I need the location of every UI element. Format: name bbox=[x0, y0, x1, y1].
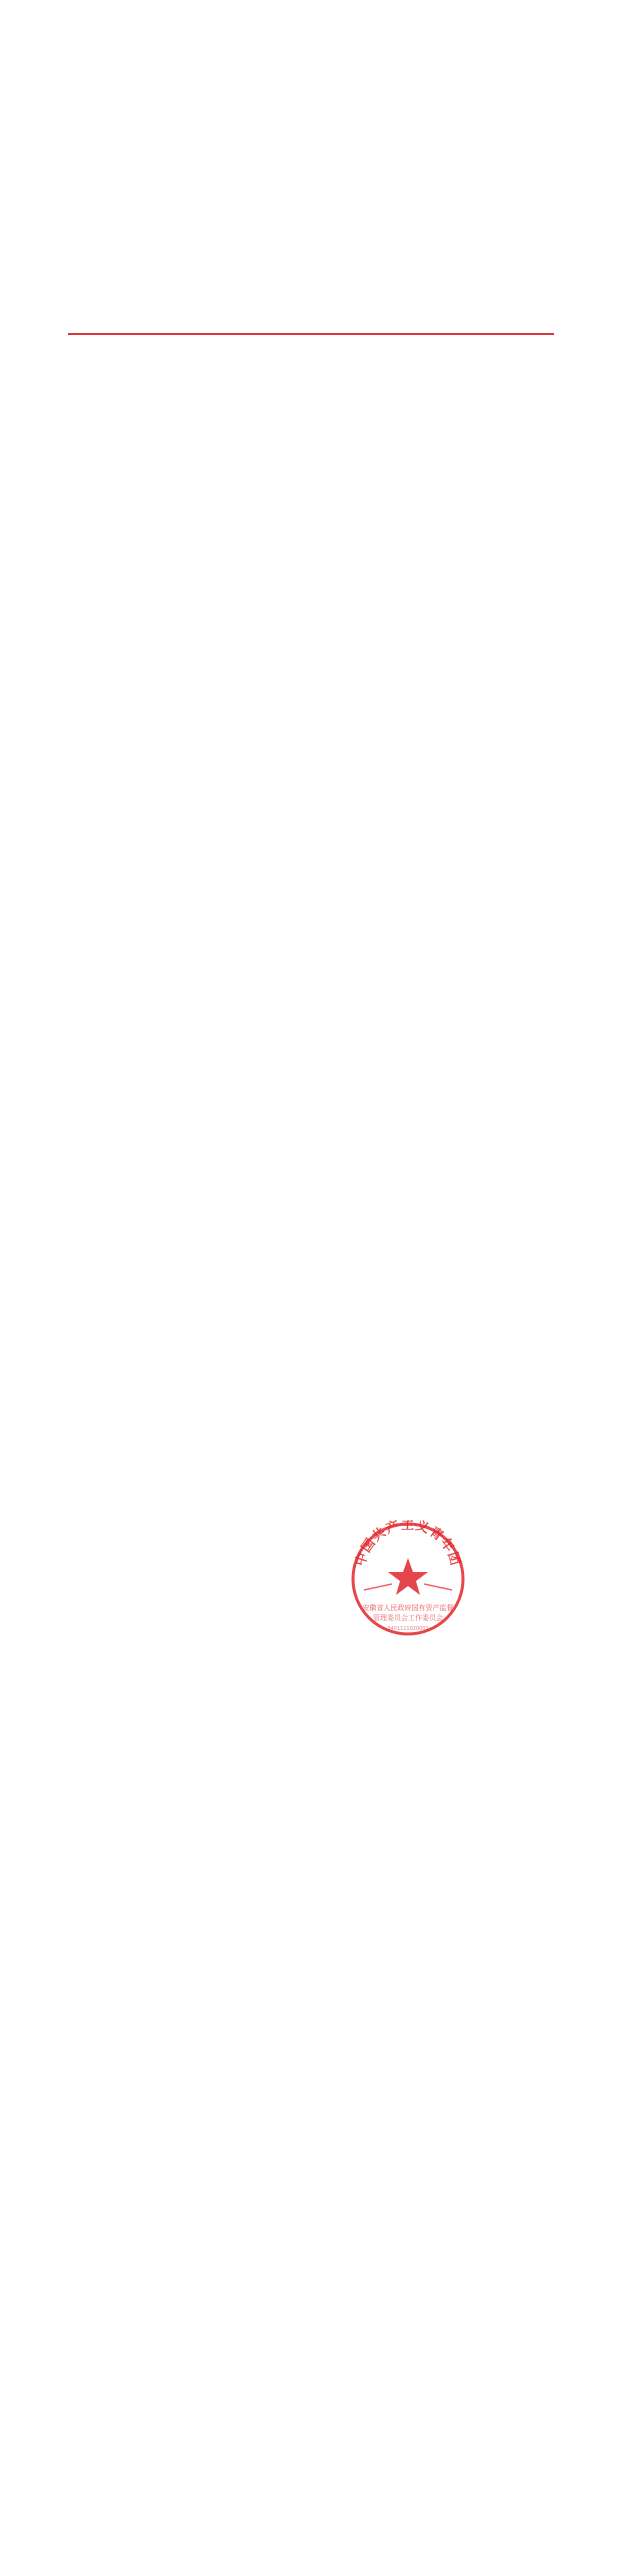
list-item bbox=[78, 1987, 558, 2021]
list-item bbox=[78, 1851, 558, 1885]
list-item-row-10 bbox=[78, 2226, 558, 2260]
list-item bbox=[78, 1919, 558, 1953]
list-item bbox=[78, 1953, 558, 1987]
svg-text:3401111020001: 3401111020001 bbox=[387, 1626, 428, 1632]
list-item bbox=[78, 2021, 558, 2055]
list-item bbox=[78, 2157, 558, 2191]
header-red-rule bbox=[68, 333, 554, 335]
list-item bbox=[78, 2089, 558, 2123]
list-item bbox=[78, 2055, 558, 2089]
svg-text:安徽省人民政府国有资产监督: 安徽省人民政府国有资产监督 bbox=[363, 1603, 454, 1612]
official-seal-icon: 中国共产主义青年团 安徽省人民政府国有资产监督 管理委员会工作委员会 34011… bbox=[348, 1520, 468, 1638]
list-item bbox=[78, 2191, 558, 2225]
svg-text:管理委员会工作委员会: 管理委员会工作委员会 bbox=[373, 1613, 443, 1622]
